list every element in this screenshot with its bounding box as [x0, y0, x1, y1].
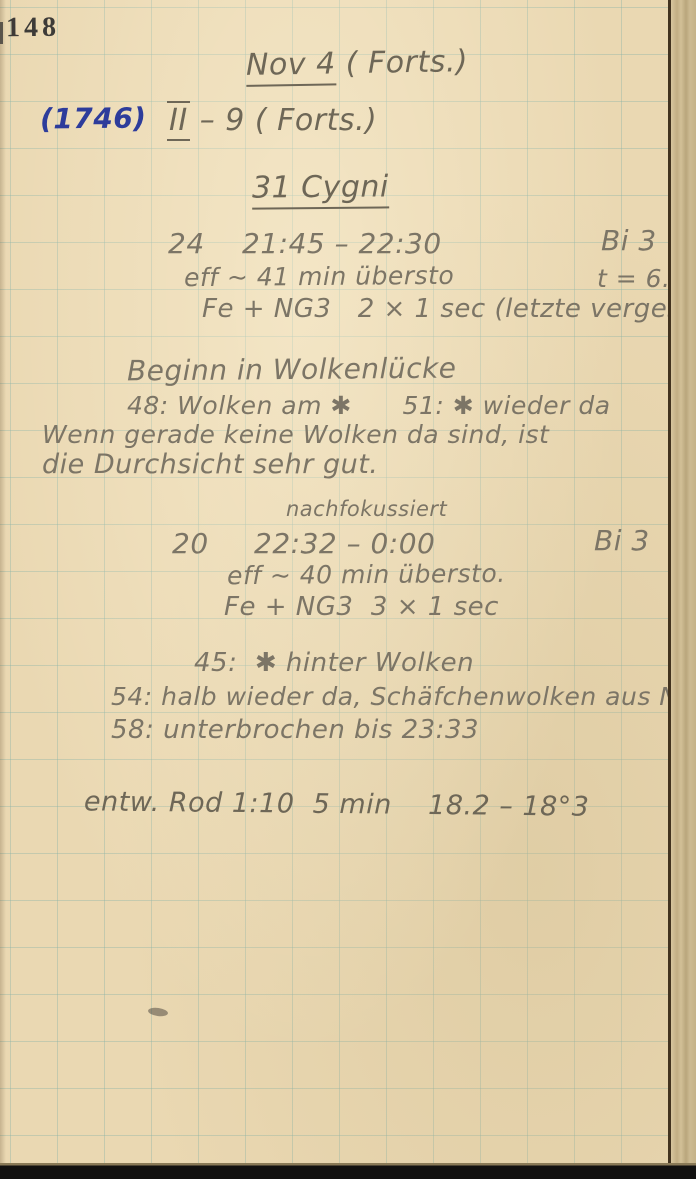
- date-heading: Nov 4 ( Forts.): [246, 44, 469, 83]
- date-heading-suffix: ( Forts.): [335, 44, 468, 81]
- obs1-seeing: Bi 3: [601, 224, 657, 257]
- object-heading: 31 Cygni: [252, 169, 389, 205]
- series-heading: II – 9 ( Forts.): [167, 103, 377, 138]
- conditions2-line3: 58: unterbrochen bis 23:33: [111, 715, 479, 745]
- page-edges-binding: [668, 0, 696, 1166]
- object-name-underlined: 31 Cygni: [252, 169, 389, 209]
- obs2-plate-number: 20: [172, 527, 209, 560]
- conditions1-line4: die Durchsicht sehr gut.: [42, 449, 378, 480]
- obs1-filter-exposure: Fe + NG3 2 × 1 sec (letzte vergessen): [202, 294, 696, 324]
- left-edge-shadow: [0, 0, 6, 1166]
- conditions1-line3: Wenn gerade keine Wolken da sind, ist: [42, 420, 549, 449]
- page-number-stamp: 148: [6, 12, 60, 44]
- refocused-note: nachfokussiert: [286, 497, 447, 521]
- obs1-effective-exposure: eff ~ 41 min übersto: [184, 261, 454, 292]
- obs2-seeing: Bi 3: [594, 524, 650, 557]
- development-note: entw. Rod 1:10 5 min 18.2 – 18°3: [84, 786, 590, 822]
- conditions2-line1: 45: ✱ hinter Wolken: [194, 648, 474, 678]
- ink-smudge: [148, 1007, 169, 1018]
- notebook-scan: 148 Nov 4 ( Forts.) (1746) II – 9 ( Fort…: [0, 0, 696, 1179]
- date-heading-underlined: Nov 4: [246, 46, 336, 87]
- obs2-effective-exposure: eff ~ 40 min übersto.: [227, 559, 506, 590]
- conditions2-line2: 54: halb wieder da, Schäfchenwolken aus …: [111, 682, 679, 711]
- stamp-edge-fragment: [0, 22, 3, 44]
- scan-background-bottom: [0, 1163, 696, 1179]
- series-rest: – 9 ( Forts.): [190, 103, 378, 138]
- conditions1-line1: Beginn in Wolkenlücke: [127, 352, 457, 388]
- notebook-page: 148 Nov 4 ( Forts.) (1746) II – 9 ( Fort…: [0, 0, 670, 1166]
- conditions1-line2: 48: Wolken am ✱ 51: ✱ wieder da: [127, 391, 611, 420]
- obs1-time-range: 21:45 – 22:30: [242, 227, 442, 260]
- series-roman-numeral: II: [167, 101, 190, 141]
- inventory-number: (1746): [40, 102, 147, 136]
- obs1-plate-number: 24: [168, 227, 205, 260]
- obs2-filter-exposure: Fe + NG3 3 × 1 sec: [224, 592, 499, 622]
- obs2-time-range: 22:32 – 0:00: [254, 527, 435, 560]
